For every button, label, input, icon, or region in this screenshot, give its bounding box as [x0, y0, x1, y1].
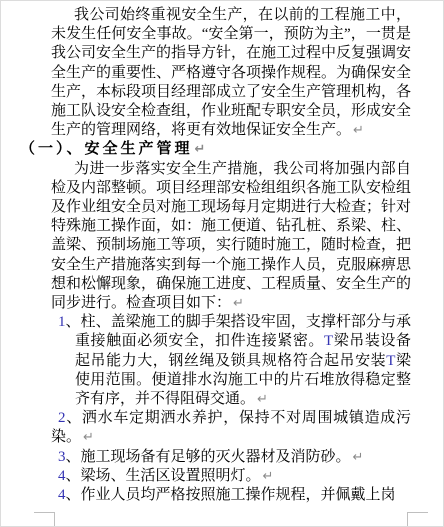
text-boundary-mark-bottom-left	[34, 512, 55, 527]
list-item-separator: 、	[66, 468, 81, 484]
list-item-text: 柱、盖梁施工的脚手架搭设牢固，支撑杆部分与承重接触面必须安全，扣件连接紧密。T梁…	[75, 314, 411, 407]
text-segment: 梁场、生活区设置照明灯。	[81, 468, 261, 484]
list-item-separator: 、	[66, 314, 81, 330]
text-boundary-mark-bottom-right	[407, 512, 428, 527]
list-item: 4、作业人员均严格按照施工操作规程，并佩戴上岗	[51, 486, 411, 505]
text-segment: T	[324, 333, 333, 349]
list-item-text: 梁场、生活区设置照明灯。	[81, 468, 261, 484]
list-item-number: 4	[58, 487, 66, 503]
paragraph-mark-icon: ↵	[231, 296, 244, 311]
list-item-number: 3	[58, 449, 66, 465]
paragraph-text: 我公司始终重视安全生产，在以前的工程施工中，未发生任何安全事故。“安全第一，预防…	[51, 7, 411, 138]
paragraph-mark-icon: ↵	[193, 142, 206, 157]
section-heading: （一）、安全生产管理↵	[20, 140, 411, 159]
list-item-number: 2	[58, 410, 66, 426]
paragraph-intro: 我公司始终重视安全生产，在以前的工程施工中，未发生任何安全事故。“安全第一，预防…	[51, 6, 411, 140]
section-heading-text: （一）、安全生产管理	[20, 141, 193, 157]
text-area: 我公司始终重视安全生产，在以前的工程施工中，未发生任何安全事故。“安全第一，预防…	[51, 6, 411, 505]
text-segment: 作业人员均严格按照施工操作规程，并佩戴上岗	[81, 487, 396, 503]
list-item-separator: 、	[66, 410, 82, 426]
list-item-text: 施工现场备有足够的灭火器材及消防砂。	[81, 449, 351, 465]
list-item-number: 1	[58, 314, 66, 330]
list-item-separator: 、	[66, 449, 81, 465]
text-segment: 施工现场备有足够的灭火器材及消防砂。	[81, 449, 351, 465]
list-item-text: 作业人员均严格按照施工操作规程，并佩戴上岗	[81, 487, 396, 503]
paragraph-text: 为进一步落实安全生产措施，我公司将加强内部自检及内部整顿。项目经理部安检组组织各…	[51, 161, 411, 311]
list-item: 3、施工现场备有足够的灭火器材及消防砂。↵	[51, 448, 411, 467]
paragraph-mark-icon: ↵	[255, 392, 268, 407]
list-item-separator: 、	[66, 487, 81, 503]
list-item-number: 4	[58, 468, 66, 484]
text-segment: 洒水车定期洒水养护，保持不对周围城镇造成污染。	[51, 410, 411, 445]
paragraph-inspection: 为进一步落实安全生产措施，我公司将加强内部自检及内部整顿。项目经理部安检组组织各…	[51, 160, 411, 314]
paragraph-mark-icon: ↵	[351, 450, 364, 465]
paragraph-mark-icon: ↵	[261, 469, 274, 484]
list-item: 2、洒水车定期洒水养护，保持不对周围城镇造成污染。↵	[51, 409, 411, 447]
list-item: 1、柱、盖梁施工的脚手架搭设牢固，支撑杆部分与承重接触面必须安全，扣件连接紧密。…	[58, 313, 411, 409]
paragraph-mark-icon: ↵	[351, 123, 364, 138]
list-item: 4、梁场、生活区设置照明灯。↵	[51, 467, 411, 486]
document-page: 我公司始终重视安全生产，在以前的工程施工中，未发生任何安全事故。“安全第一，预防…	[0, 0, 444, 527]
paragraph-mark-icon: ↵	[81, 430, 94, 445]
list-item-text: 洒水车定期洒水养护，保持不对周围城镇造成污染。	[51, 410, 411, 445]
